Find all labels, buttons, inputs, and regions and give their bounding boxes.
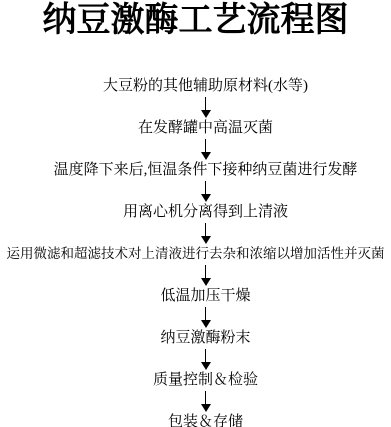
flow-step-filtration: 运用微滤和超滤技术对上清液进行去杂和浓缩以增加活性并灭菌 — [7, 246, 385, 262]
down-arrow-icon — [201, 223, 211, 244]
flow-step-label: 温度降下来后,恒温条件下接种纳豆菌进行发酵 — [54, 162, 358, 178]
flow-step-quality-control: 质量控制＆检验 — [153, 372, 258, 388]
flow-step-fermentation: 温度降下来后,恒温条件下接种纳豆菌进行发酵 — [54, 162, 358, 178]
arrow-line — [205, 349, 206, 362]
flow-step-label: 低温加压干燥 — [160, 288, 250, 304]
flow-step-powder: 纳豆激酶粉末 — [160, 330, 250, 346]
page-title: 纳豆激酶工艺流程图 — [0, 0, 391, 40]
flow-step-label: 质量控制＆检验 — [153, 372, 258, 388]
flow-step-label: 包装＆存储 — [168, 414, 243, 427]
arrow-head — [201, 278, 211, 286]
arrow-line — [205, 265, 206, 278]
arrow-head — [201, 110, 211, 118]
down-arrow-icon — [201, 139, 211, 160]
arrow-head — [201, 236, 211, 244]
arrow-line — [205, 181, 206, 194]
process-flowchart: 大豆粉的其他辅助原材料(水等) 在发酵罐中高温灭菌 温度降下来后,恒温条件下接种… — [0, 78, 391, 427]
arrow-line — [205, 307, 206, 320]
flow-step-label: 运用微滤和超滤技术对上清液进行去杂和浓缩以增加活性并灭菌 — [7, 246, 385, 262]
flow-step-label: 用离心机分离得到上清液 — [123, 204, 288, 220]
flowchart-page: 纳豆激酶工艺流程图 大豆粉的其他辅助原材料(水等) 在发酵罐中高温灭菌 温度降下… — [0, 0, 391, 427]
arrow-head — [201, 404, 211, 412]
flow-step-sterilization: 在发酵罐中高温灭菌 — [138, 120, 273, 136]
arrow-head — [201, 320, 211, 328]
down-arrow-icon — [201, 265, 211, 286]
flow-step-centrifuge: 用离心机分离得到上清液 — [123, 204, 288, 220]
down-arrow-icon — [201, 97, 211, 118]
down-arrow-icon — [201, 181, 211, 202]
flow-step-drying: 低温加压干燥 — [160, 288, 250, 304]
flow-step-packaging: 包装＆存储 — [168, 414, 243, 427]
flow-step-label: 在发酵罐中高温灭菌 — [138, 120, 273, 136]
arrow-head — [201, 194, 211, 202]
down-arrow-icon — [201, 391, 211, 412]
arrow-head — [201, 152, 211, 160]
arrow-head — [201, 362, 211, 370]
flow-step-label: 大豆粉的其他辅助原材料(水等) — [103, 78, 308, 94]
down-arrow-icon — [201, 307, 211, 328]
arrow-line — [205, 97, 206, 110]
flow-step-label: 纳豆激酶粉末 — [160, 330, 250, 346]
flow-step-raw-materials: 大豆粉的其他辅助原材料(水等) — [103, 78, 308, 94]
arrow-line — [205, 223, 206, 236]
arrow-line — [205, 391, 206, 404]
down-arrow-icon — [201, 349, 211, 370]
arrow-line — [205, 139, 206, 152]
